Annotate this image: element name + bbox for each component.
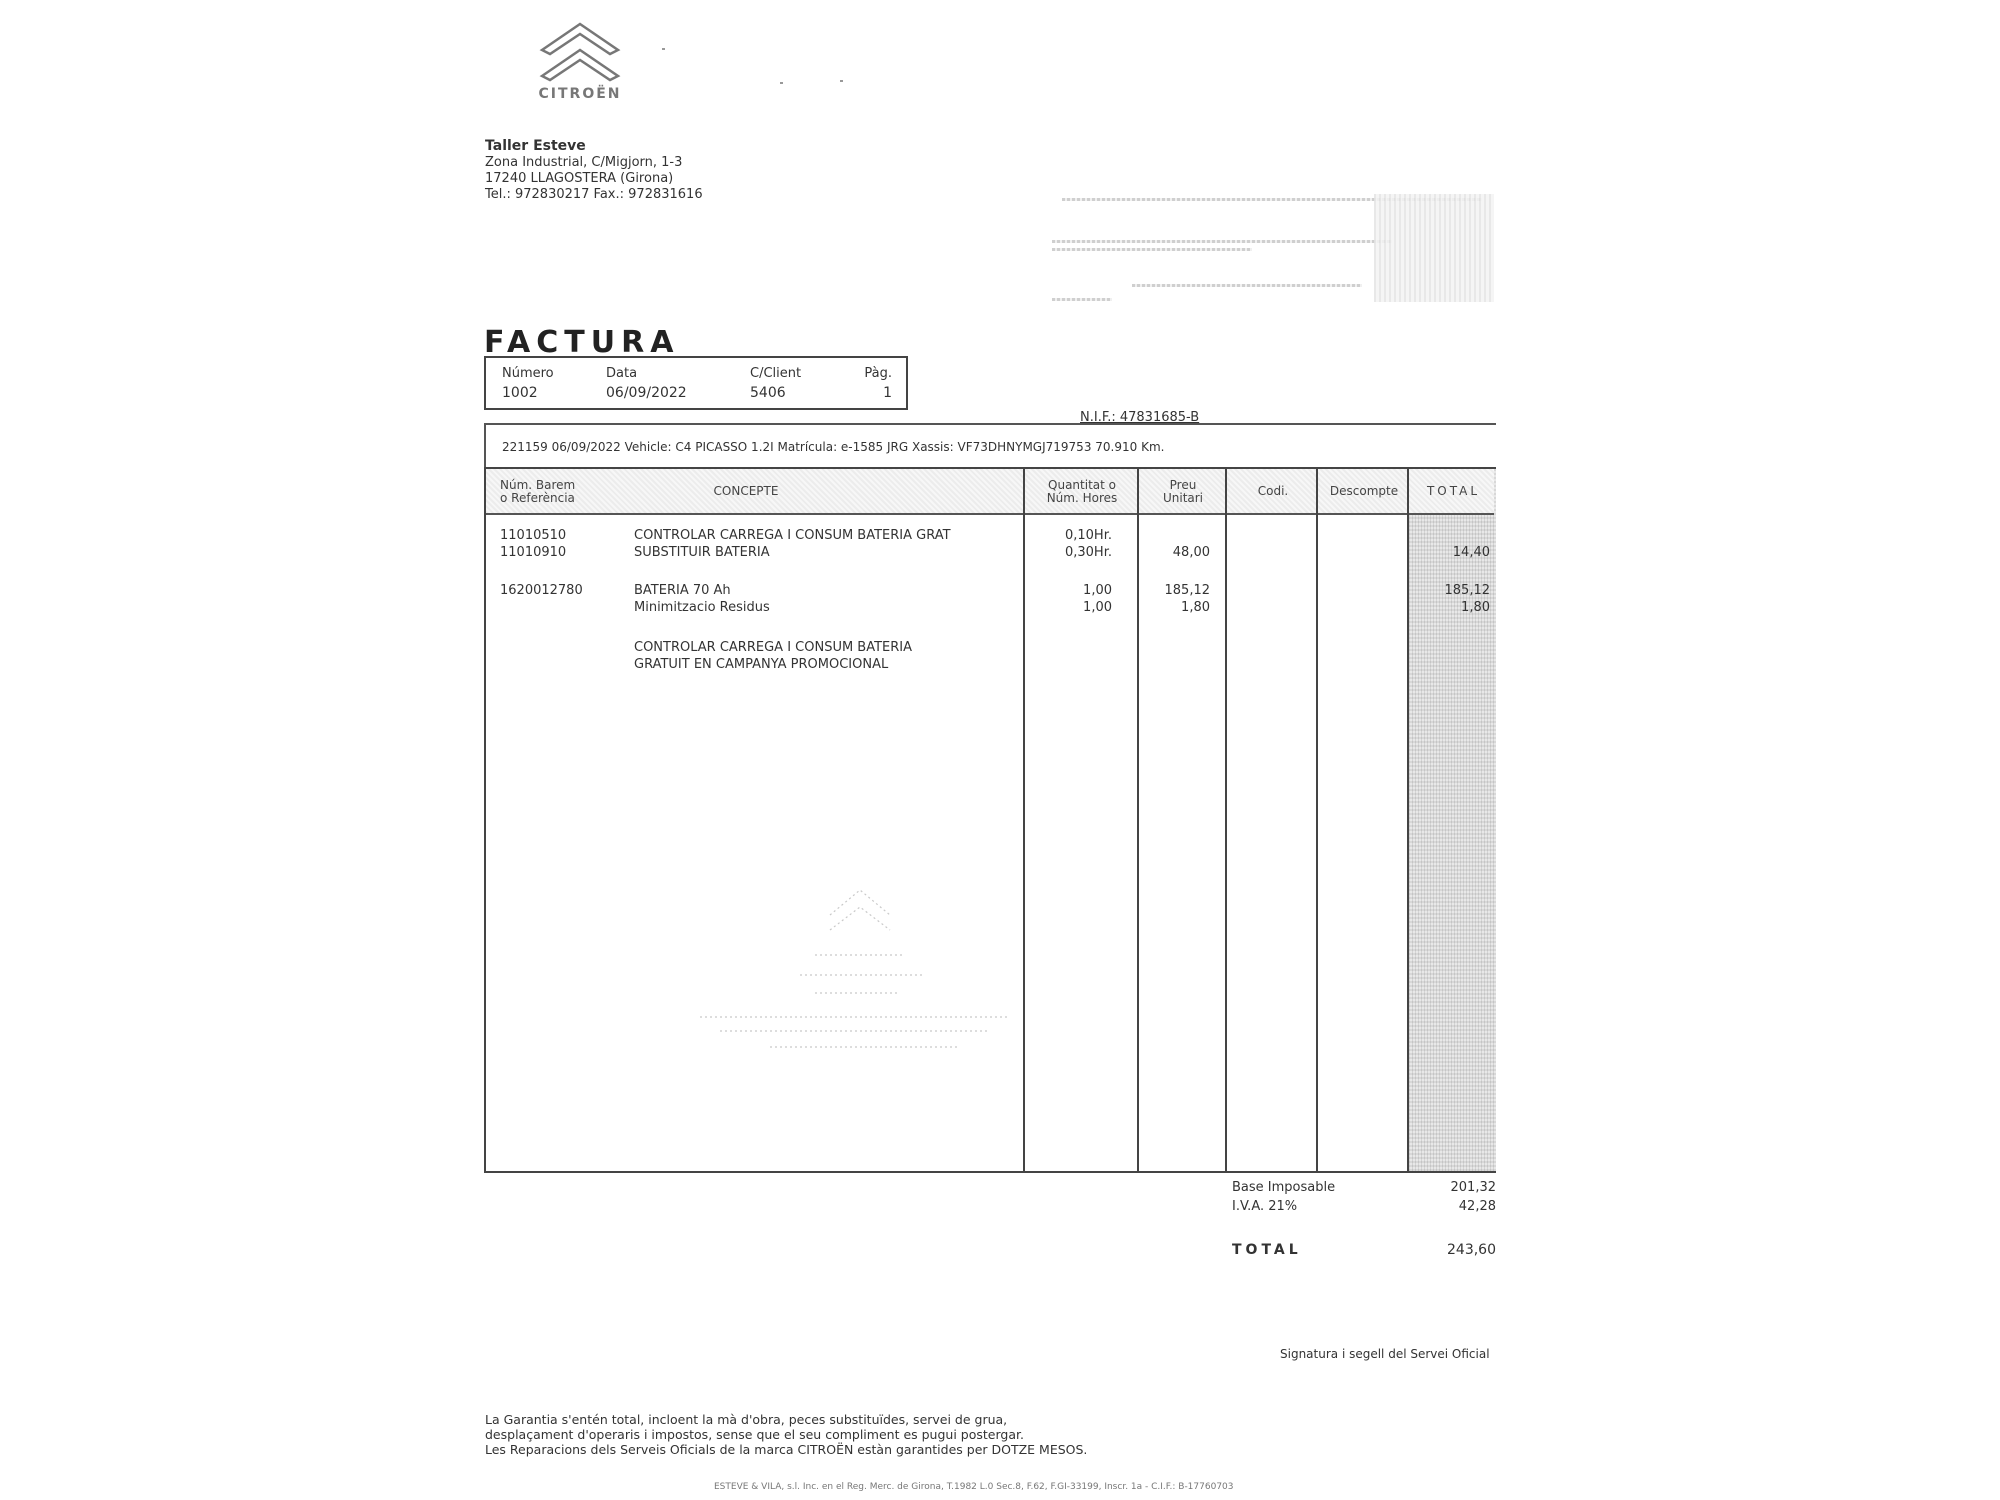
cell-concept: GRATUIT EN CAMPANYA PROMOCIONAL bbox=[634, 656, 888, 673]
legal-footer: ESTEVE & VILA, s.l. Inc. en el Reg. Merc… bbox=[714, 1482, 1234, 1492]
grand-total-label: TOTAL bbox=[1232, 1242, 1302, 1258]
invoice-info-box: Número 1002 Data 06/09/2022 C/Client 540… bbox=[484, 356, 908, 410]
invoice-date-label: Data bbox=[606, 366, 637, 381]
cell-concept: CONTROLAR CARREGA I CONSUM BATERIA GRAT bbox=[634, 527, 951, 544]
company-city: 17240 LLAGOSTERA (Girona) bbox=[485, 171, 703, 187]
brand-name: CITROËN bbox=[520, 86, 640, 102]
totals-block: Base Imposable 201,32 I.V.A. 21% 42,28 T… bbox=[1232, 1180, 1496, 1261]
col-header-ref: Núm. Barem o Referència bbox=[500, 479, 575, 505]
guarantee-line: Les Reparacions dels Serveis Oficials de… bbox=[485, 1442, 1087, 1457]
redacted-recipient-block bbox=[1052, 194, 1494, 302]
column-divider bbox=[1137, 469, 1139, 1171]
signature-label: Signatura i segell del Servei Oficial bbox=[1280, 1347, 1490, 1361]
client-code-label: C/Client bbox=[750, 366, 801, 381]
column-divider bbox=[1225, 469, 1227, 1171]
page-number: 1 bbox=[883, 385, 892, 401]
column-divider bbox=[1407, 469, 1409, 1171]
company-address: Zona Industrial, C/Migjorn, 1-3 bbox=[485, 155, 703, 171]
column-divider bbox=[1316, 469, 1318, 1171]
client-code: 5406 bbox=[750, 385, 786, 401]
col-header-total: TOTAL bbox=[1411, 485, 1496, 498]
company-info: Taller Esteve Zona Industrial, C/Migjorn… bbox=[485, 138, 703, 203]
scan-speck bbox=[662, 48, 665, 50]
cell-concept: BATERIA 70 Ah bbox=[634, 582, 731, 599]
grand-total-value: 243,60 bbox=[1447, 1242, 1496, 1258]
guarantee-line: desplaçament d'operaris i impostos, sens… bbox=[485, 1427, 1087, 1442]
cell-price: 1,80 bbox=[1181, 599, 1210, 616]
company-phones: Tel.: 972830217 Fax.: 972831616 bbox=[485, 187, 703, 203]
tax-base-row: Base Imposable 201,32 bbox=[1232, 1180, 1496, 1199]
grand-total-row: TOTAL 243,60 bbox=[1232, 1242, 1496, 1261]
citroen-logo: CITROËN bbox=[520, 18, 640, 108]
col-header-code: Codi. bbox=[1228, 485, 1318, 498]
cell-qty: 1,00 bbox=[1083, 582, 1112, 599]
vat-label: I.V.A. 21% bbox=[1232, 1199, 1297, 1214]
cell-total: 1,80 bbox=[1461, 599, 1490, 616]
cell-ref: 1620012780 bbox=[500, 582, 583, 599]
invoice-number: 1002 bbox=[502, 385, 538, 401]
cell-ref: 11010510 bbox=[500, 527, 566, 544]
double-chevron-icon bbox=[538, 20, 622, 82]
vat-row: I.V.A. 21% 42,28 bbox=[1232, 1199, 1496, 1218]
guarantee-text: La Garantia s'entén total, incloent la m… bbox=[485, 1412, 1087, 1457]
company-name: Taller Esteve bbox=[485, 138, 703, 154]
page-label: Pàg. bbox=[864, 366, 892, 381]
cell-total: 14,40 bbox=[1453, 544, 1490, 561]
total-column-shading bbox=[1409, 469, 1496, 1171]
col-header-concept: CONCEPTE bbox=[646, 485, 846, 498]
scan-speck bbox=[780, 82, 783, 84]
col-header-discount: Descompte bbox=[1319, 485, 1409, 498]
tax-base-value: 201,32 bbox=[1451, 1180, 1497, 1195]
cell-qty: 0,30Hr. bbox=[1065, 544, 1112, 561]
cell-qty: 0,10Hr. bbox=[1065, 527, 1112, 544]
guarantee-line: La Garantia s'entén total, incloent la m… bbox=[485, 1412, 1087, 1427]
column-divider bbox=[1023, 469, 1025, 1171]
col-header-unit-price: Preu Unitari bbox=[1140, 479, 1226, 505]
cell-qty: 1,00 bbox=[1083, 599, 1112, 616]
cell-ref: 11010910 bbox=[500, 544, 566, 561]
cell-total: 185,12 bbox=[1445, 582, 1491, 599]
scan-speck bbox=[840, 80, 843, 82]
cell-concept: CONTROLAR CARREGA I CONSUM BATERIA bbox=[634, 639, 912, 656]
invoice-number-label: Número bbox=[502, 366, 554, 381]
tax-base-label: Base Imposable bbox=[1232, 1180, 1335, 1195]
document-title: FACTURA bbox=[484, 325, 679, 360]
vat-value: 42,28 bbox=[1459, 1199, 1496, 1214]
vehicle-info: 221159 06/09/2022 Vehicle: C4 PICASSO 1.… bbox=[502, 440, 1164, 454]
cell-concept: Minimitzacio Residus bbox=[634, 599, 770, 616]
invoice-date: 06/09/2022 bbox=[606, 385, 687, 401]
cell-price: 185,12 bbox=[1165, 582, 1211, 599]
col-header-quantity: Quantitat o Núm. Hores bbox=[1026, 479, 1138, 505]
cell-price: 48,00 bbox=[1173, 544, 1210, 561]
invoice-lines-table: Núm. Barem o Referència CONCEPTE Quantit… bbox=[484, 467, 1496, 1173]
table-header: Núm. Barem o Referència CONCEPTE Quantit… bbox=[486, 469, 1494, 515]
faded-stamp bbox=[690, 875, 1030, 1055]
cell-concept: SUBSTITUIR BATERIA bbox=[634, 544, 770, 561]
